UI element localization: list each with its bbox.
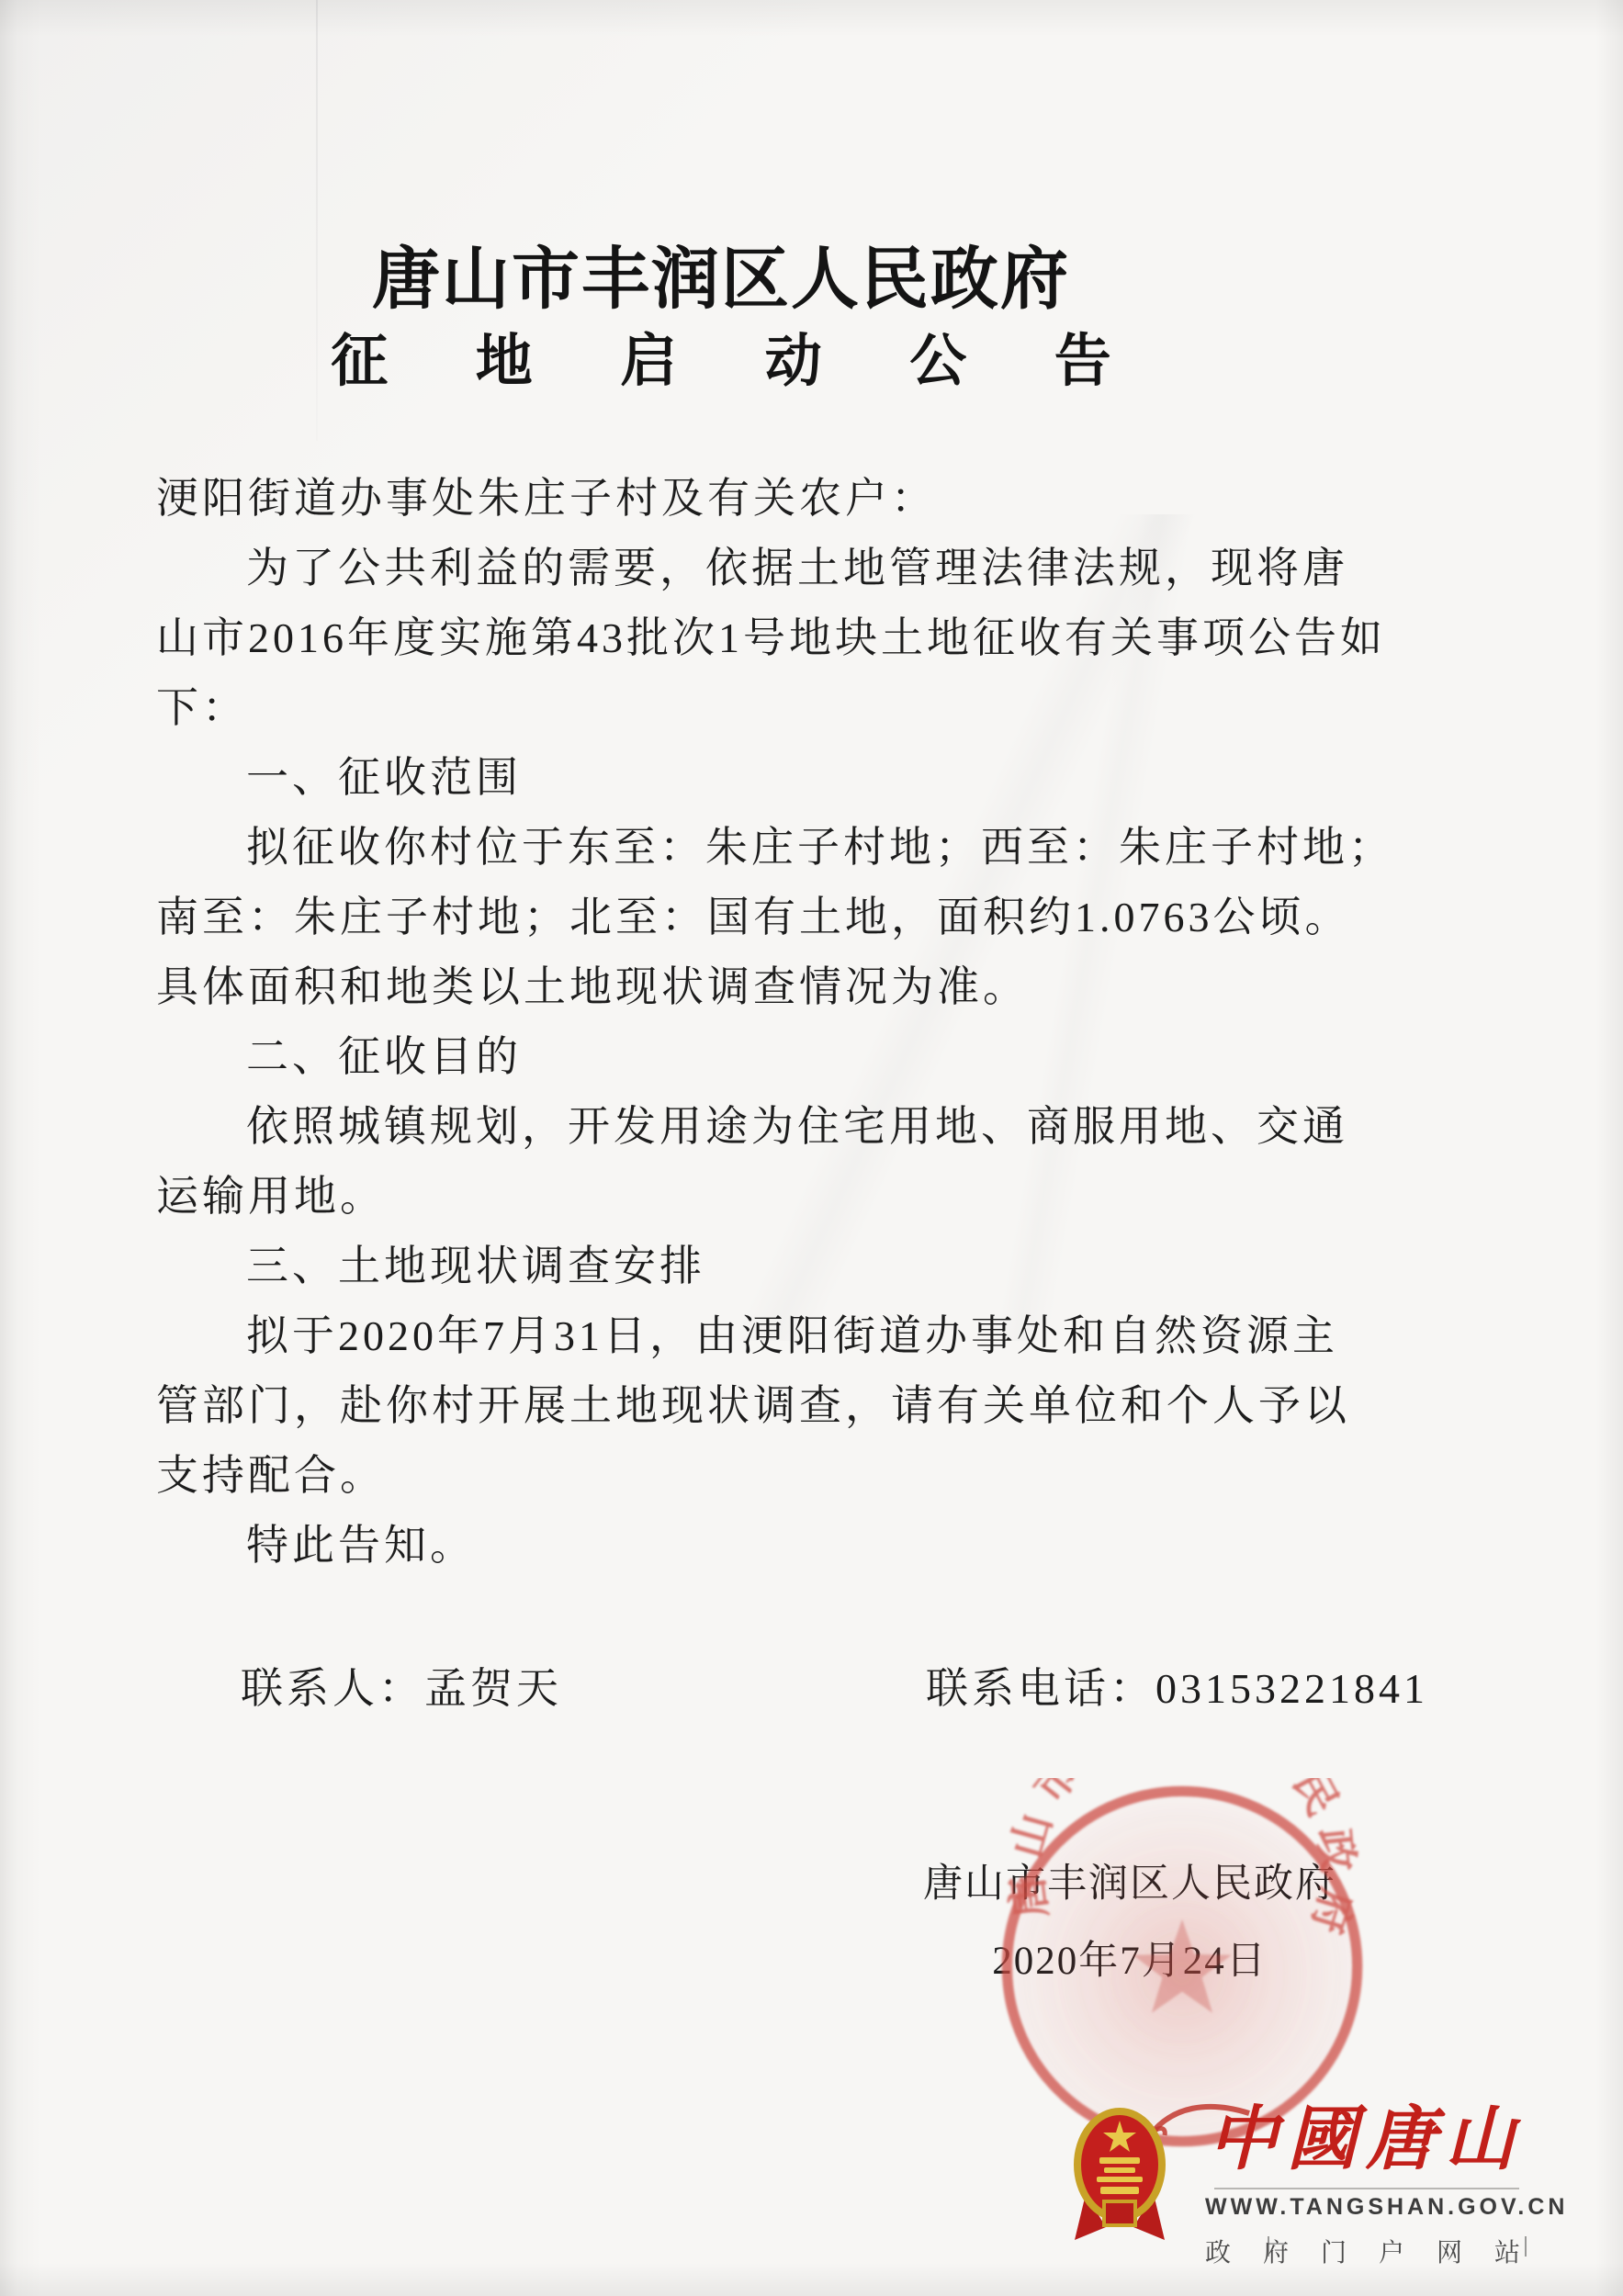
body-line: 运输用地。 [156,1162,1488,1232]
scanned-document-page: 唐山市丰润区人民政府 征 地 启 动 公 告 浭阳街道办事处朱庄子村及有关农户：… [0,0,1623,2296]
body-line: 山市2016年度实施第43批次1号地块土地征收有关事项公告如 [156,603,1488,673]
site-url: WWW.TANGSHAN.GOV.CN [1205,2194,1528,2221]
body-line: 依照城镇规划，开发用途为住宅用地、商服用地、交通 [156,1092,1488,1162]
tagline-tick [1525,2236,1527,2257]
body-line: 拟于2020年7月31日，由浭阳街道办事处和自然资源主 [156,1301,1488,1371]
body-line: 三、土地现状调查安排 [156,1232,1488,1301]
body-line: 南至：朱庄子村地；北至：国有土地，面积约1.0763公顷。 [156,883,1488,952]
contact-phone: 联系电话：03153221841 [926,1654,1428,1724]
signature-date: 2020年7月24日 [919,1934,1341,1989]
divider [1214,2188,1519,2189]
national-emblem-icon [1069,2106,1170,2245]
title-line-1: 唐山市丰润区人民政府 [0,241,1442,320]
brand-name: 中國唐山 [1205,2100,1527,2179]
body-line: 浭阳街道办事处朱庄子村及有关农户： [156,464,1488,534]
body-line: 为了公共利益的需要，依据土地管理法律法规，现将唐 [156,534,1488,603]
body-line: 具体面积和地类以土地现状调查情况为准。 [156,952,1488,1022]
body-line: 拟征收你村位于东至：朱庄子村地；西至：朱庄子村地； [156,813,1488,883]
title-line-2: 征 地 启 动 公 告 [0,325,1442,399]
footer-logo: 中國唐山 WWW.TANGSHAN.GOV.CN 政 府 门 户 网 站 [1056,2099,1552,2282]
body-line: 管部门，赴你村开展土地现状调查，请有关单位和个人予以 [156,1371,1488,1441]
contact-person: 联系人：孟贺天 [241,1654,562,1724]
contact-row: 联系人：孟贺天 联系电话：03153221841 [156,1654,1488,1724]
document-body: 浭阳街道办事处朱庄子村及有关农户：为了公共利益的需要，依据土地管理法律法规，现将… [156,464,1488,1581]
site-tagline: 政 府 门 户 网 站 [1205,2233,1528,2269]
body-line: 下： [156,673,1488,743]
document-title: 唐山市丰润区人民政府 征 地 启 动 公 告 [0,241,1442,399]
body-line: 一、征收范围 [156,743,1488,813]
body-line: 支持配合。 [156,1441,1488,1511]
body-line: 二、征收目的 [156,1022,1488,1092]
signature-block: 唐山市丰润区人民政府 2020年7月24日 [919,1857,1341,1989]
body-line: 特此告知。 [156,1511,1488,1581]
signature-issuer: 唐山市丰润区人民政府 [919,1857,1341,1912]
